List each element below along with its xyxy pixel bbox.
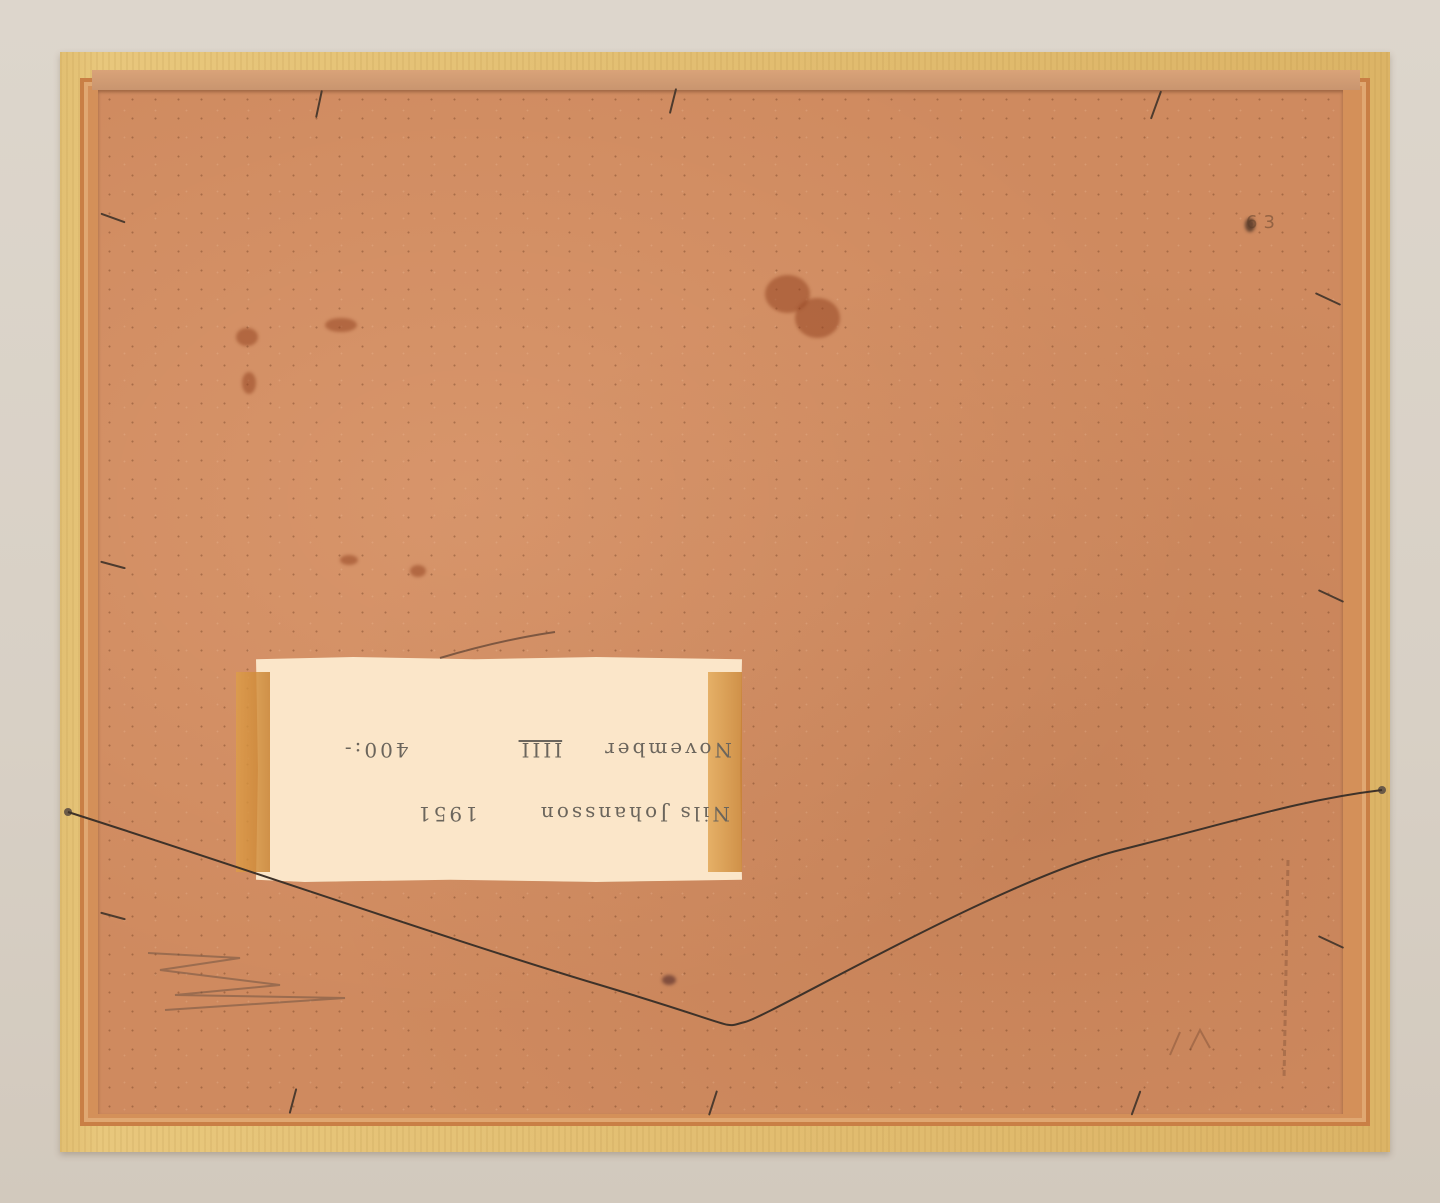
hanging-wire-and-scribbles: [0, 0, 1440, 1203]
